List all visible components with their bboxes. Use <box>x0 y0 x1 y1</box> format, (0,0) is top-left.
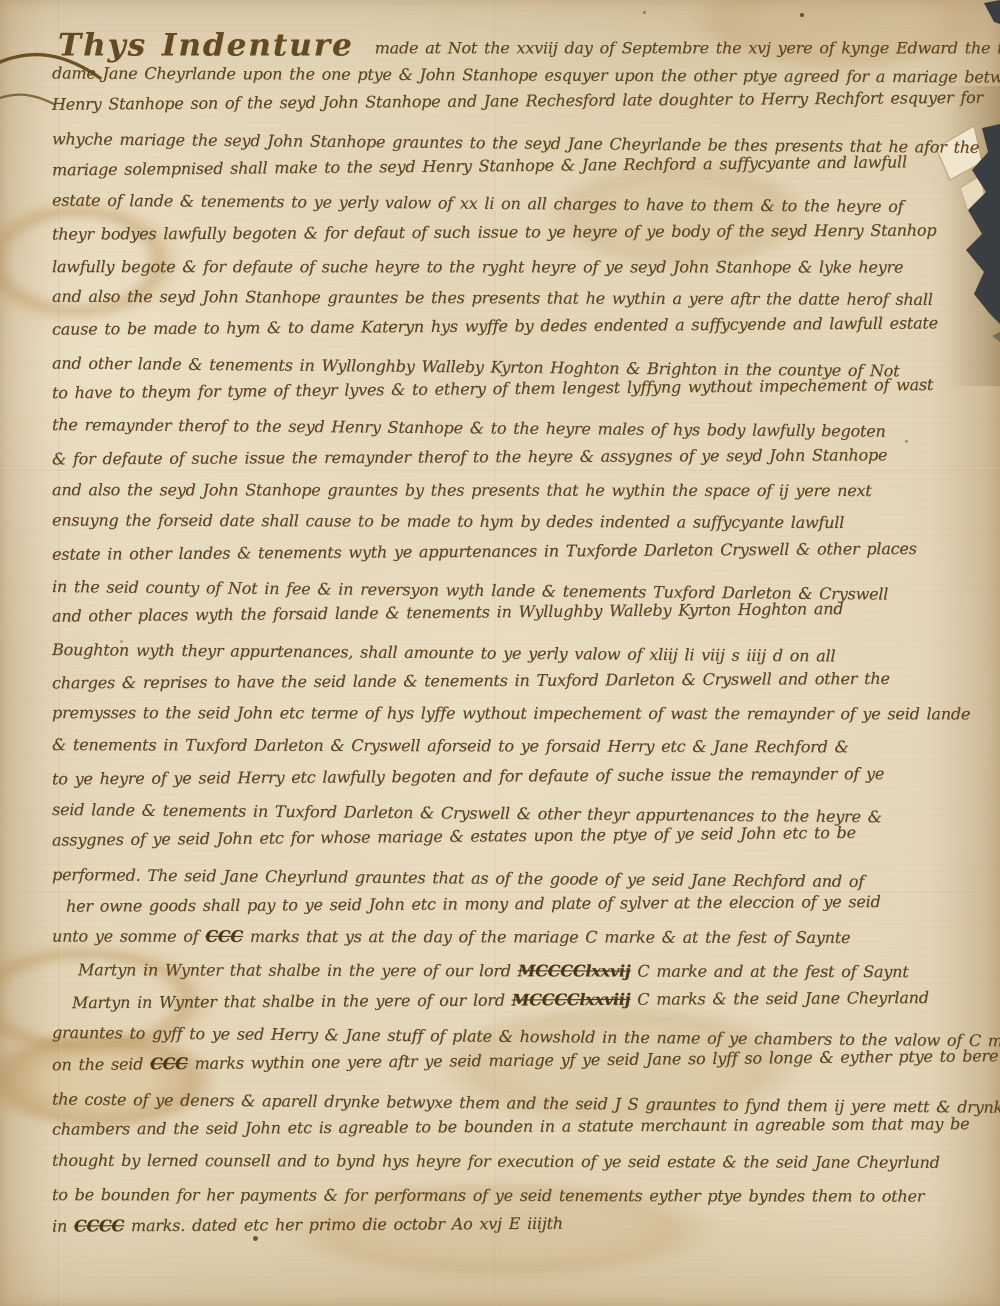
manuscript-line: estate in other landes & tenements wyth … <box>52 533 958 571</box>
manuscript-line: lawfully begote & for defaute of suche h… <box>52 251 958 283</box>
manuscript-line: cause to be made to hym & to dame Katery… <box>52 307 958 345</box>
manuscript-line: & for defaute of suche issue the remaynd… <box>52 439 958 475</box>
manuscript-line: charges & reprises to have the seid land… <box>52 662 958 699</box>
manuscript-line: thought by lerned counsell and to bynd h… <box>52 1145 958 1179</box>
manuscript-line: theyr bodyes lawfully begoten & for defa… <box>52 214 958 250</box>
ink-speck <box>800 13 804 17</box>
tear-gap <box>992 332 1000 342</box>
manuscript-line: chambers and the seid John etc is agreab… <box>52 1108 958 1146</box>
manuscript-line: Martyn in Wynter that shalbe in the yere… <box>52 982 958 1020</box>
manuscript-line: Henry Stanhope son of the seyd John Stan… <box>52 82 958 121</box>
manuscript-line: Thys Indenture made at Not the xxviij da… <box>52 28 958 60</box>
manuscript-line: in CCCC marks. dated etc her primo die o… <box>52 1206 958 1243</box>
manuscript-line: premysses to the seid John etc terme of … <box>52 697 958 730</box>
corner-nick <box>970 0 1000 30</box>
manuscript-line: to ye heyre of ye seid Herry etc lawfull… <box>52 758 958 796</box>
manuscript-line: her owne goods shall pay to ye seid John… <box>52 886 958 923</box>
ink-speck <box>643 11 646 14</box>
manuscript-line: unto ye somme of CCC marks that ys at th… <box>52 921 958 955</box>
manuscript-line: and also the seyd John Stanhope grauntes… <box>52 474 958 507</box>
manuscript-text: Thys Indenture made at Not the xxviij da… <box>52 26 958 1242</box>
scanned-manuscript: { "document": { "opening_words": "Thys I… <box>0 0 1000 1306</box>
